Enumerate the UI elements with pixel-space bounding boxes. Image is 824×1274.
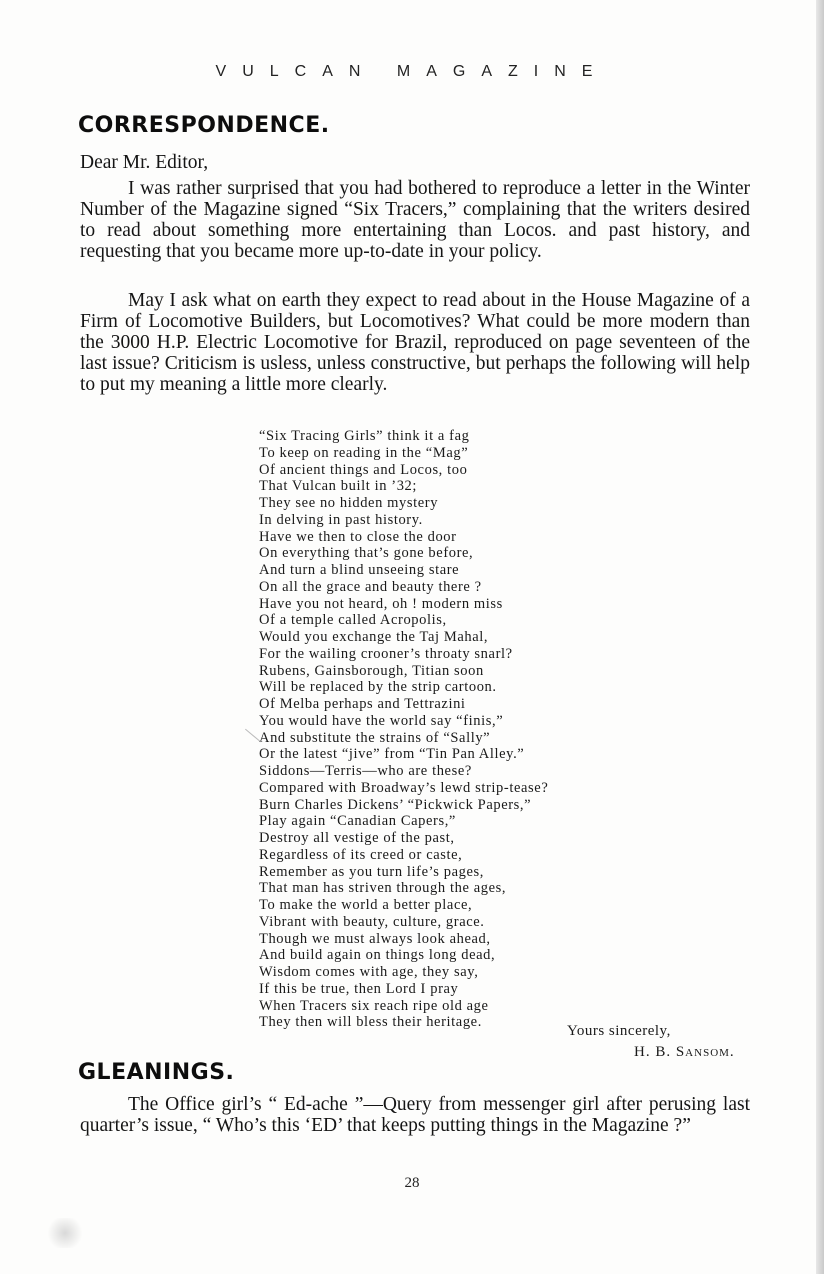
correspondence-heading: CORRESPONDENCE. <box>78 113 330 138</box>
poem-line: If this be true, then Lord I pray <box>259 981 659 998</box>
magazine-page: VULCAN MAGAZINE CORRESPONDENCE. Dear Mr.… <box>0 0 824 1274</box>
poem-line: “Six Tracing Girls” think it a fag <box>259 428 659 445</box>
running-head: VULCAN MAGAZINE <box>0 63 824 81</box>
letter-paragraph-2: May I ask what on earth they expect to r… <box>80 290 750 395</box>
poem-line: To keep on reading in the “Mag” <box>259 445 659 462</box>
poem-line: And substitute the strains of “Sally” <box>259 730 659 747</box>
page-number: 28 <box>0 1175 824 1192</box>
poem-line: On all the grace and beauty there ? <box>259 579 659 596</box>
poem-line: Regardless of its creed or caste, <box>259 847 659 864</box>
poem-line: Burn Charles Dickens’ “Pickwick Papers,” <box>259 797 659 814</box>
gleanings-paragraph: The Office girl’s “ Ed-ache ”—Query from… <box>80 1094 750 1136</box>
poem-line: Of a temple called Acropolis, <box>259 612 659 629</box>
poem-line: Vibrant with beauty, culture, grace. <box>259 914 659 931</box>
poem-line: Have you not heard, oh ! modern miss <box>259 596 659 613</box>
signature: H. B. Sansom. <box>634 1044 735 1061</box>
poem-line: That Vulcan built in ’32; <box>259 478 659 495</box>
poem-line: Or the latest “jive” from “Tin Pan Alley… <box>259 746 659 763</box>
poem-line: To make the world a better place, <box>259 897 659 914</box>
poem: “Six Tracing Girls” think it a fag To ke… <box>259 428 659 1031</box>
poem-line: Siddons—Terris—who are these? <box>259 763 659 780</box>
paper-smudge <box>45 1218 85 1248</box>
poem-line: Would you exchange the Taj Mahal, <box>259 629 659 646</box>
salutation: Dear Mr. Editor, <box>80 152 750 173</box>
poem-line: When Tracers six reach ripe old age <box>259 998 659 1015</box>
signoff: Yours sincerely, <box>567 1023 671 1040</box>
letter-paragraph-1: I was rather surprised that you had both… <box>80 178 750 262</box>
poem-line: In delving in past history. <box>259 512 659 529</box>
poem-line: And build again on things long dead, <box>259 947 659 964</box>
page-edge-shadow <box>816 0 824 1274</box>
poem-line: Of Melba perhaps and Tettrazini <box>259 696 659 713</box>
poem-line: They see no hidden mystery <box>259 495 659 512</box>
poem-line: For the wailing crooner’s throaty snarl? <box>259 646 659 663</box>
poem-line: Remember as you turn life’s pages, <box>259 864 659 881</box>
poem-line: Have we then to close the door <box>259 529 659 546</box>
gleanings-heading: GLEANINGS. <box>78 1060 234 1085</box>
poem-line: Destroy all vestige of the past, <box>259 830 659 847</box>
poem-line: On everything that’s gone before, <box>259 545 659 562</box>
poem-line: Play again “Canadian Capers,” <box>259 813 659 830</box>
signature-initials: H. B. <box>634 1044 671 1060</box>
poem-line: Will be replaced by the strip cartoon. <box>259 679 659 696</box>
poem-line: Of ancient things and Locos, too <box>259 462 659 479</box>
poem-line: Wisdom comes with age, they say, <box>259 964 659 981</box>
poem-line: Compared with Broadway’s lewd strip-teas… <box>259 780 659 797</box>
poem-line: And turn a blind unseeing stare <box>259 562 659 579</box>
poem-line: Though we must always look ahead, <box>259 931 659 948</box>
poem-line: You would have the world say “finis,” <box>259 713 659 730</box>
poem-line: Rubens, Gainsborough, Titian soon <box>259 663 659 680</box>
poem-line: That man has striven through the ages, <box>259 880 659 897</box>
signature-surname: Sansom. <box>676 1044 735 1060</box>
